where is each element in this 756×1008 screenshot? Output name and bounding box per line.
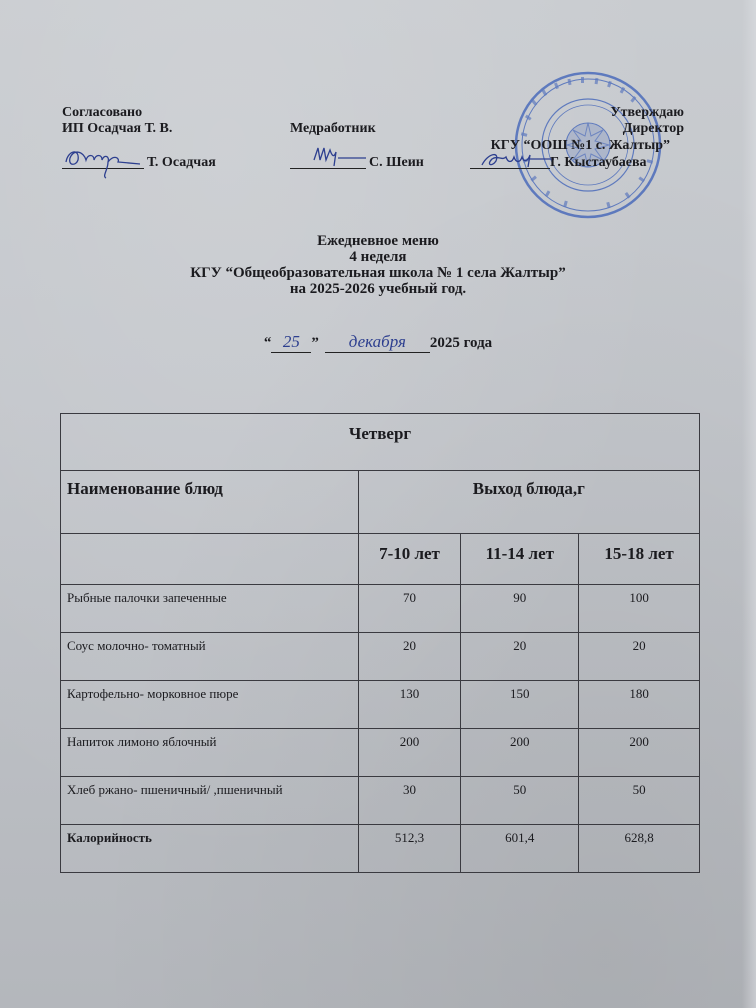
- document-page: Согласовано ИП Осадчая Т. В. Т. Осадчая …: [0, 0, 756, 1008]
- dish-value: 50: [579, 777, 700, 825]
- dish-name: Напиток лимоно яблочный: [61, 729, 359, 777]
- table-row: Соус молочно- томатный 20 20 20: [61, 633, 700, 681]
- dish-value: 200: [461, 729, 579, 777]
- title-line-year: на 2025-2026 учебный год.: [0, 281, 756, 297]
- agreed-org: ИП Осадчая Т. В.: [62, 121, 172, 137]
- table-row: Рыбные палочки запеченные 70 90 100: [61, 585, 700, 633]
- age-group-7-10: 7-10 лет: [358, 534, 461, 585]
- age-group-11-14: 11-14 лет: [461, 534, 579, 585]
- age-group-15-18: 15-18 лет: [579, 534, 700, 585]
- dish-name: Картофельно- морковное пюре: [61, 681, 359, 729]
- medical-signature-name: С. Шеин: [369, 155, 424, 171]
- date-open-quote: “: [264, 335, 272, 351]
- dish-name: Соус молочно- томатный: [61, 633, 359, 681]
- approved-position: Директор: [623, 121, 684, 137]
- title-line-menu: Ежедневное меню: [0, 233, 756, 249]
- column-header-output: Выход блюда,г: [358, 471, 699, 534]
- date-month: декабря: [325, 332, 430, 353]
- table-row: Картофельно- морковное пюре 130 150 180: [61, 681, 700, 729]
- document-title: Ежедневное меню 4 неделя КГУ “Общеобразо…: [0, 233, 756, 297]
- dish-value: 20: [461, 633, 579, 681]
- dish-value: 100: [579, 585, 700, 633]
- age-group-row: 7-10 лет 11-14 лет 15-18 лет: [61, 534, 700, 585]
- title-line-week: 4 неделя: [0, 249, 756, 265]
- title-line-school: КГУ “Общеобразовательная школа № 1 села …: [0, 265, 756, 281]
- dish-name: Хлеб ржано- пшеничный/ ,пшеничный: [61, 777, 359, 825]
- day-row: Четверг: [61, 414, 700, 471]
- dish-name: Рыбные палочки запеченные: [61, 585, 359, 633]
- paper-edge: [742, 0, 756, 1008]
- dish-value: 70: [358, 585, 461, 633]
- dish-value: 200: [358, 729, 461, 777]
- date-year: 2025 года: [430, 335, 492, 351]
- approved-heading: Утверждаю: [610, 105, 684, 121]
- dish-value: 90: [461, 585, 579, 633]
- dish-value: 30: [358, 777, 461, 825]
- dish-value: 180: [579, 681, 700, 729]
- agreed-signature-name: Т. Осадчая: [147, 155, 216, 171]
- day-name: Четверг: [61, 414, 700, 471]
- medical-signature-scribble-icon: [310, 140, 370, 170]
- dish-value: 20: [358, 633, 461, 681]
- calories-value: 601,4: [461, 825, 579, 873]
- calories-label: Калорийность: [61, 825, 359, 873]
- column-header-dish: Наименование блюд: [61, 471, 359, 534]
- total-row: Калорийность 512,3 601,4 628,8: [61, 825, 700, 873]
- agreed-heading: Согласовано: [62, 105, 142, 121]
- dish-value: 50: [461, 777, 579, 825]
- header-row: Наименование блюд Выход блюда,г: [61, 471, 700, 534]
- date-day: 25: [271, 332, 311, 353]
- menu-table: Четверг Наименование блюд Выход блюда,г …: [60, 413, 700, 873]
- agreed-signature-scribble-icon: [62, 140, 142, 180]
- dish-value: 20: [579, 633, 700, 681]
- approved-signature-name: Г. Кыстаубаева: [550, 155, 647, 171]
- dish-value: 130: [358, 681, 461, 729]
- document-date: “25”декабря2025 года: [0, 332, 756, 353]
- calories-value: 512,3: [358, 825, 461, 873]
- age-group-blank: [61, 534, 359, 585]
- table-row: Хлеб ржано- пшеничный/ ,пшеничный 30 50 …: [61, 777, 700, 825]
- medical-heading: Медработник: [290, 121, 376, 137]
- date-close-quote: ”: [311, 335, 319, 351]
- dish-value: 200: [579, 729, 700, 777]
- dish-value: 150: [461, 681, 579, 729]
- approved-signature-scribble-icon: [478, 145, 558, 173]
- table-row: Напиток лимоно яблочный 200 200 200: [61, 729, 700, 777]
- calories-value: 628,8: [579, 825, 700, 873]
